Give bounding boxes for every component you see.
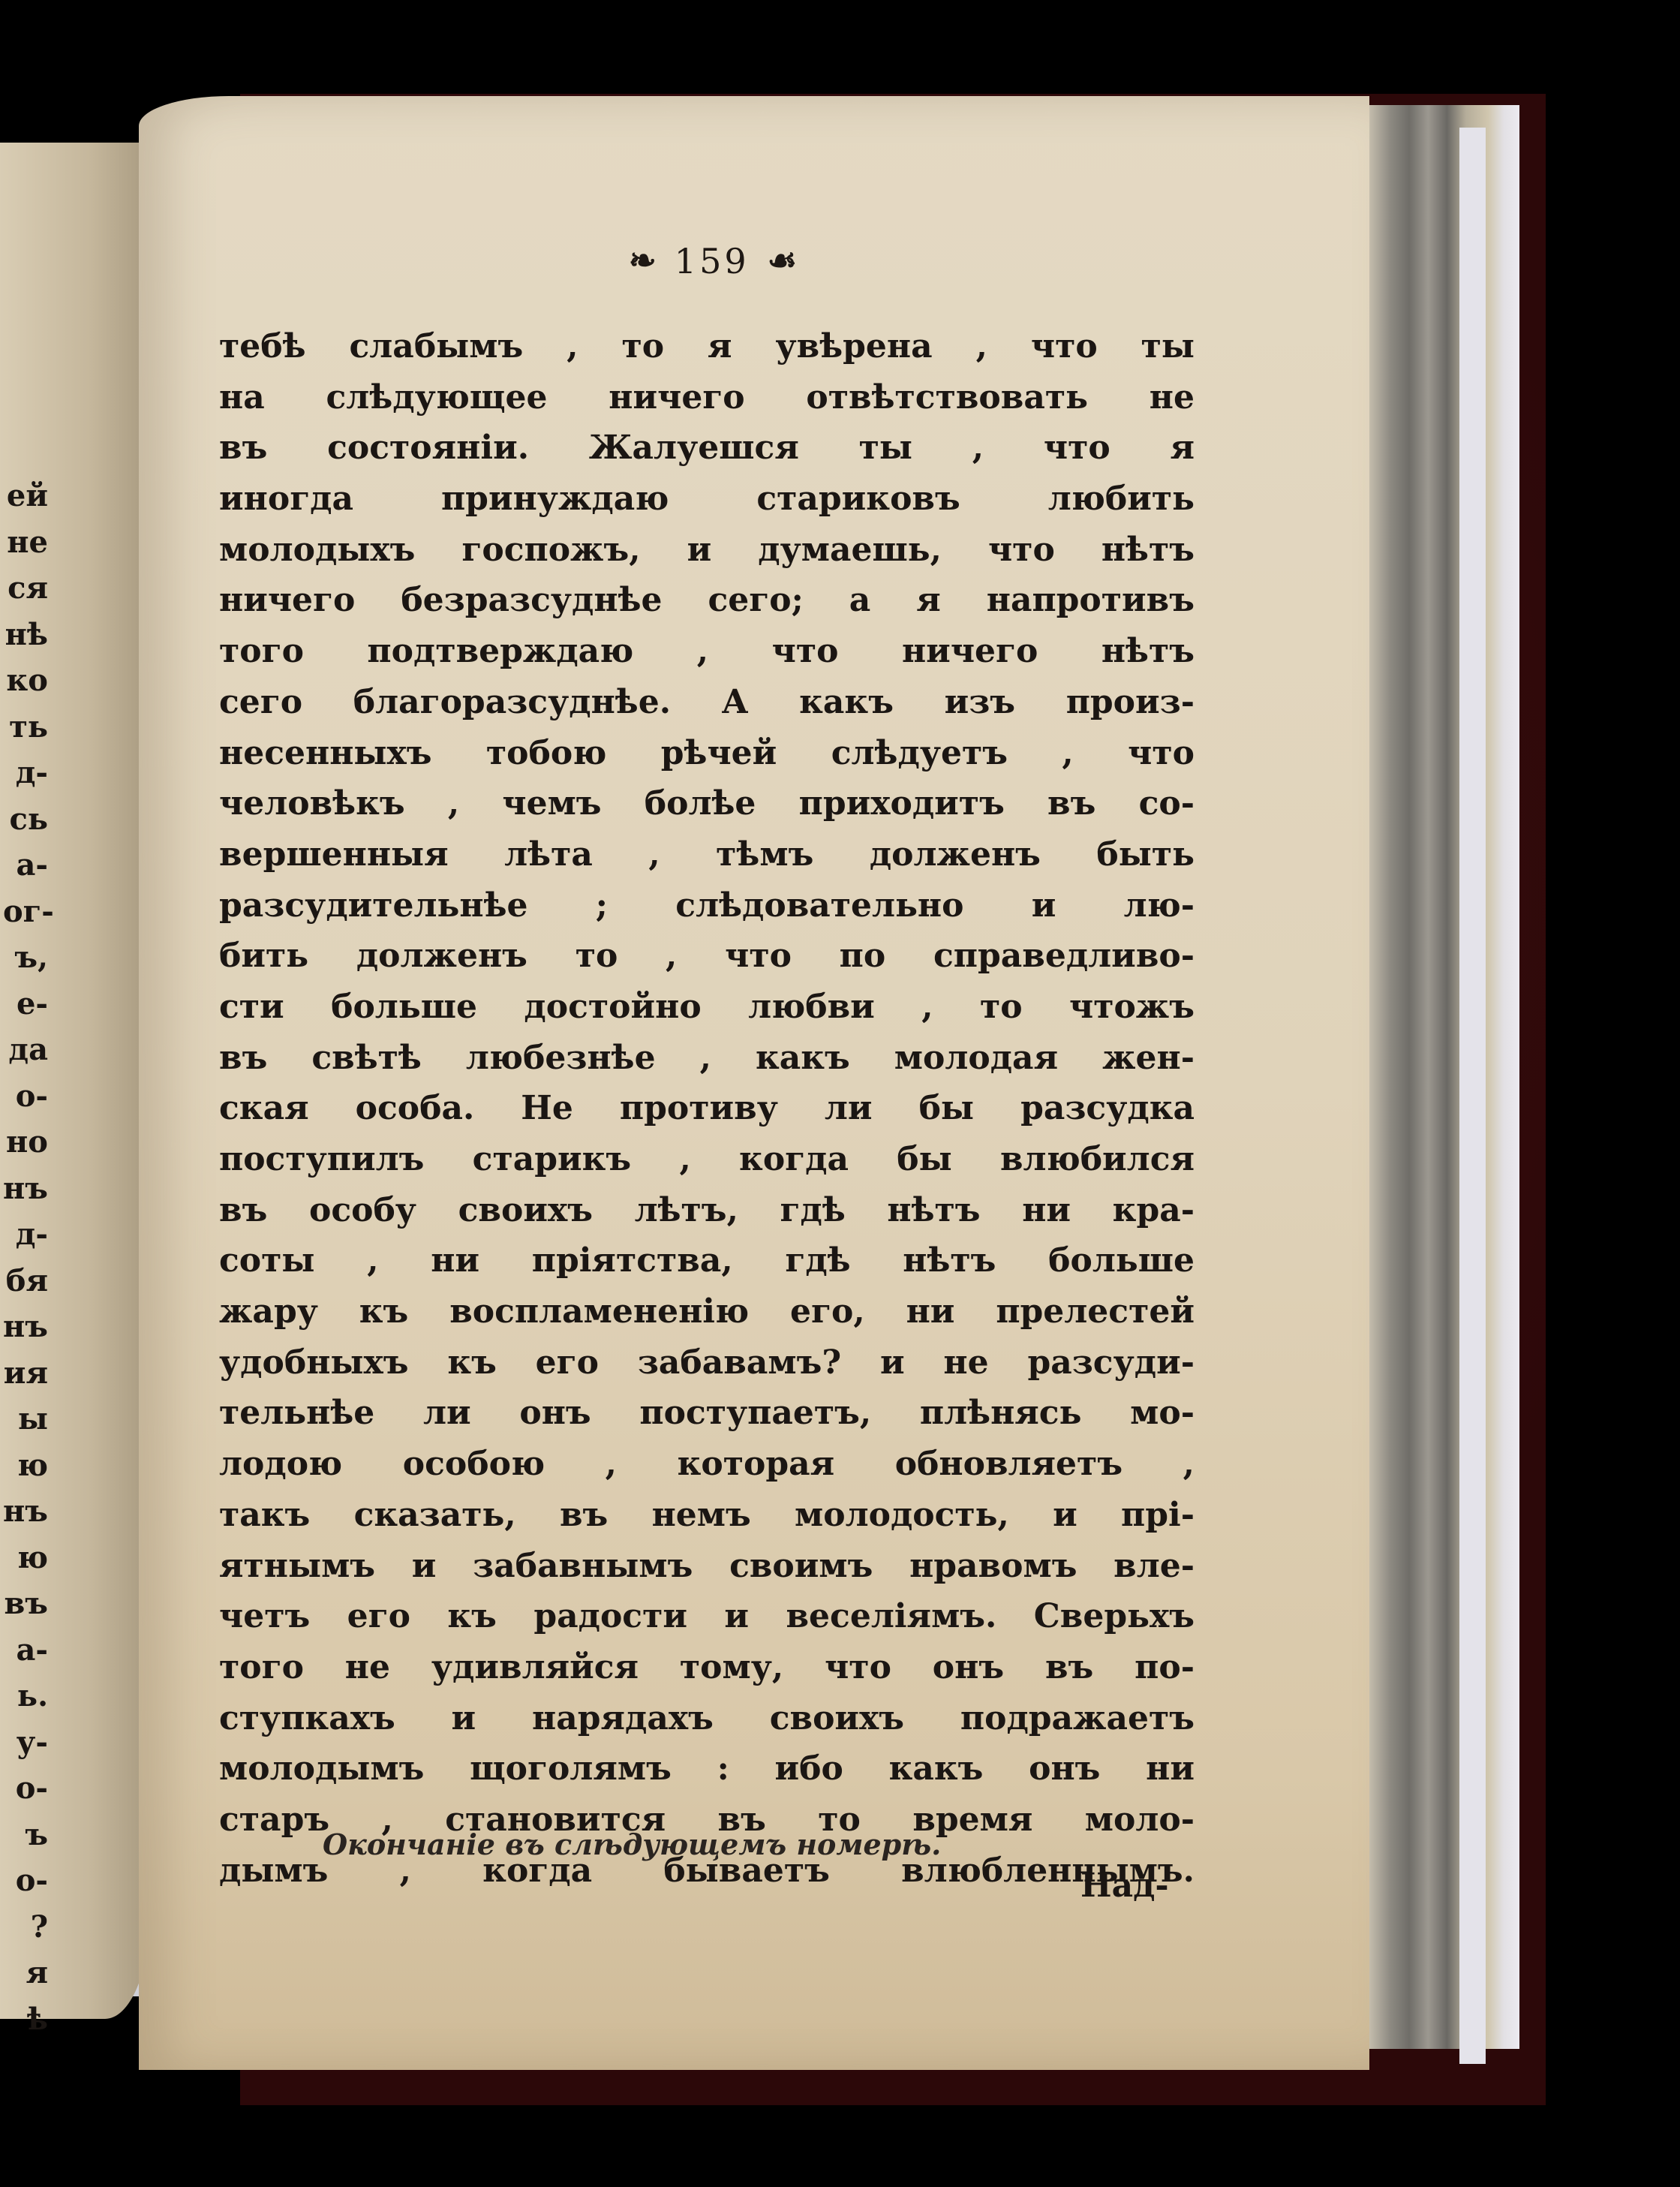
left-fragment: да bbox=[3, 1027, 48, 1073]
page-edges bbox=[1362, 105, 1519, 2049]
text-line: лодою особою , которая обновляетъ , bbox=[219, 1439, 1195, 1490]
page-number: 159 bbox=[675, 241, 750, 281]
left-fragment: ко bbox=[3, 657, 48, 704]
left-fragment: о- bbox=[3, 1858, 48, 1904]
text-line: удобныхъ къ его забавамъ? и не разсуди- bbox=[219, 1337, 1195, 1388]
backing-sheet bbox=[1459, 128, 1486, 2064]
left-fragment: ы bbox=[3, 1396, 48, 1442]
page-header: ❧ 159 ☙ bbox=[563, 239, 863, 284]
left-fragment: ъ, bbox=[3, 934, 48, 981]
text-line: ступкахъ и нарядахъ своихъ подражаетъ bbox=[219, 1693, 1195, 1744]
left-fragment: о- bbox=[3, 1073, 48, 1120]
left-fragment: я bbox=[3, 1950, 48, 1996]
left-fragment: ю bbox=[3, 1535, 48, 1581]
text-line: поступилъ старикъ , когда бы влюбился bbox=[219, 1134, 1195, 1185]
left-fragment: ей bbox=[3, 473, 48, 519]
left-fragment: сь bbox=[3, 796, 48, 843]
left-fragment: въ bbox=[3, 1581, 48, 1627]
left-fragment: ся bbox=[3, 565, 48, 612]
text-line: бить долженъ то , что по справедливо- bbox=[219, 931, 1195, 982]
left-fragment: о- bbox=[3, 1765, 48, 1812]
left-fragment: но bbox=[3, 1119, 48, 1166]
text-line: въ особу своихъ лѣтъ, гдѣ нѣтъ ни кра- bbox=[219, 1185, 1195, 1236]
ornament-left-icon: ❧ bbox=[629, 245, 657, 278]
left-fragment: не bbox=[3, 519, 48, 566]
left-fragment: нъ bbox=[3, 1166, 48, 1212]
left-fragment: ѣ bbox=[3, 1996, 48, 2043]
text-line: вершенныя лѣта , тѣмъ долженъ быть bbox=[219, 829, 1195, 880]
text-line: сего благоразсуднѣе. А какъ изъ произ- bbox=[219, 677, 1195, 728]
catchword: Над- bbox=[1080, 1867, 1169, 1905]
left-fragment: ог- bbox=[3, 889, 48, 935]
left-fragment: нѣ bbox=[3, 612, 48, 658]
text-line: въ свѣтѣ любезнѣе , какъ молодая жен- bbox=[219, 1033, 1195, 1084]
left-fragment: ? bbox=[3, 1904, 48, 1951]
left-page-text-fragments: ейнесянѣкотьд-сьа-ог-ъ,е-дао-нонъд-бянъи… bbox=[3, 473, 48, 2042]
text-line: того не удивляйся тому, что онъ въ по- bbox=[219, 1642, 1195, 1693]
left-fragment: ть bbox=[3, 704, 48, 751]
left-fragment: ия bbox=[3, 1350, 48, 1397]
text-line: ничего безразсуднѣе сего; а я напротивъ bbox=[219, 575, 1195, 626]
text-line: того подтверждаю , что ничего нѣтъ bbox=[219, 626, 1195, 677]
left-fragment: ь. bbox=[3, 1673, 48, 1719]
left-fragment: е- bbox=[3, 981, 48, 1027]
body-text: тебѣ слабымъ , то я увѣрена , что ты на … bbox=[219, 321, 1195, 1896]
text-line: сти больше достойно любви , то чтожъ bbox=[219, 982, 1195, 1033]
left-fragment: ъ bbox=[3, 1812, 48, 1858]
text-line: жару къ воспламененiю его, ни прелестей bbox=[219, 1286, 1195, 1337]
left-fragment: бя bbox=[3, 1258, 48, 1304]
text-line: тебѣ слабымъ , то я увѣрена , что ты bbox=[219, 321, 1195, 372]
text-line: иногда принуждаю стариковъ любить bbox=[219, 474, 1195, 525]
left-fragment: д- bbox=[3, 750, 48, 796]
text-line: на слѣдующее ничего отвѣтствовать не bbox=[219, 372, 1195, 423]
text-line: въ состоянiи. Жалуешся ты , что я bbox=[219, 423, 1195, 474]
left-page: ейнесянѣкотьд-сьа-ог-ъ,е-дао-нонъд-бянъи… bbox=[0, 143, 150, 2019]
text-line: ская особа. Не противу ли бы разсудка bbox=[219, 1083, 1195, 1134]
text-line: ятнымъ и забавнымъ своимъ нравомъ вле- bbox=[219, 1541, 1195, 1592]
continuation-note: Окончанiе въ слѣдующемъ номерѣ. bbox=[323, 1828, 1073, 1861]
text-line: молодыхъ госпожъ, и думаешь, что нѣтъ bbox=[219, 525, 1195, 576]
text-line: человѣкъ , чемъ болѣе приходитъ въ со- bbox=[219, 778, 1195, 829]
text-line: разсудительнѣе ; слѣдовательно и лю- bbox=[219, 880, 1195, 931]
text-line: несенныхъ тобою рѣчей слѣдуетъ , что bbox=[219, 728, 1195, 779]
ornament-right-icon: ☙ bbox=[768, 245, 797, 278]
left-fragment: нъ bbox=[3, 1488, 48, 1535]
left-fragment: нъ bbox=[3, 1304, 48, 1350]
left-fragment: д- bbox=[3, 1211, 48, 1258]
text-line: четъ его къ радости и веселiямъ. Сверьхъ bbox=[219, 1591, 1195, 1642]
text-line: соты , ни прiятства, гдѣ нѣтъ больше bbox=[219, 1235, 1195, 1286]
text-line: тельнѣе ли онъ поступаетъ, плѣнясь мо- bbox=[219, 1388, 1195, 1439]
text-line: молодымъ щоголямъ : ибо какъ онъ ни bbox=[219, 1743, 1195, 1794]
text-line: такъ сказать, въ немъ молодость, и прi- bbox=[219, 1490, 1195, 1541]
left-fragment: а- bbox=[3, 842, 48, 889]
left-fragment: а- bbox=[3, 1627, 48, 1674]
left-fragment: у- bbox=[3, 1719, 48, 1766]
left-fragment: ю bbox=[3, 1442, 48, 1489]
